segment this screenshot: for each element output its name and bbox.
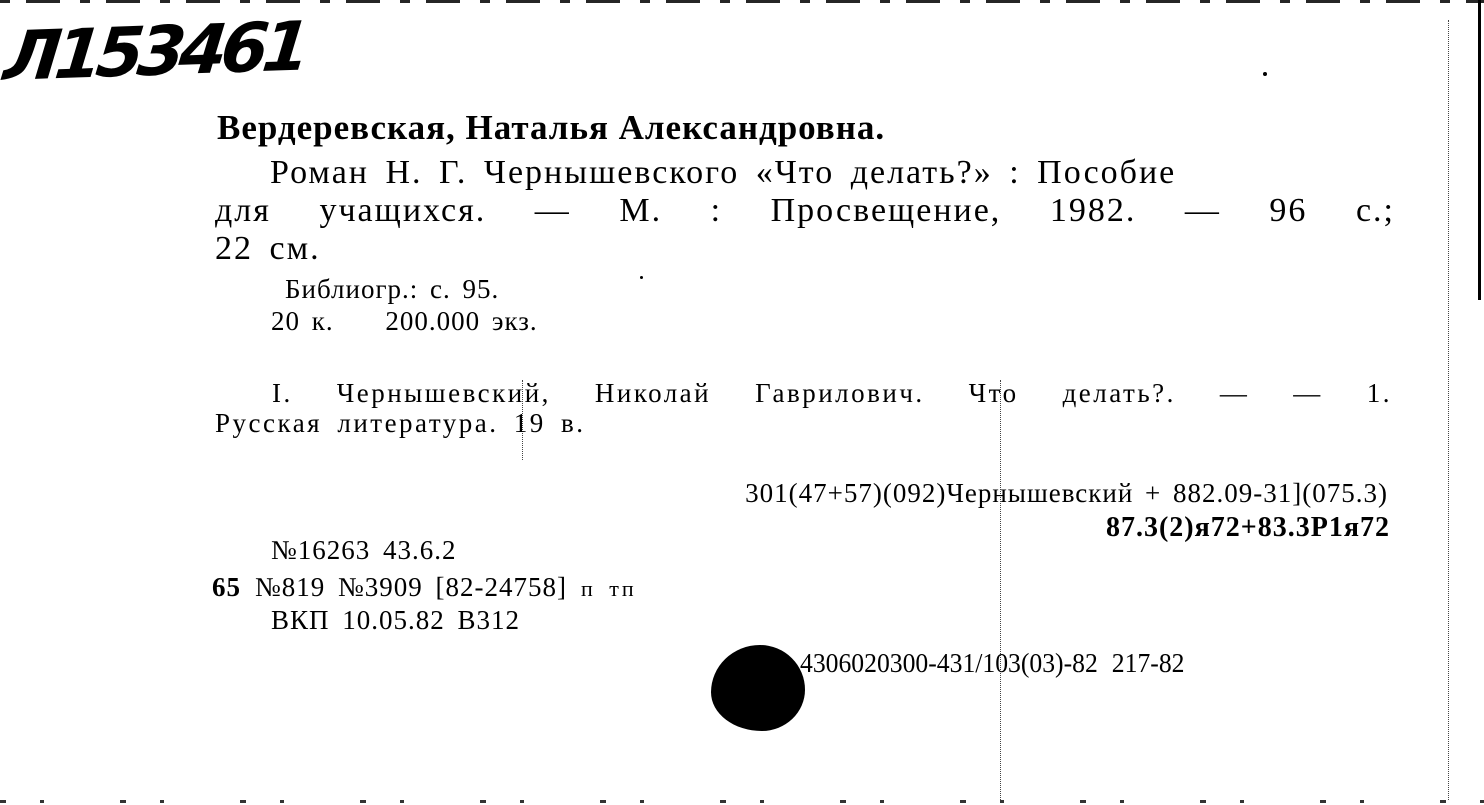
fold-line-middle bbox=[1000, 380, 1001, 800]
price-line: 20 к. 200.000 экз. bbox=[271, 306, 538, 337]
punch-hole bbox=[711, 645, 805, 731]
print-run: 200.000 экз. bbox=[385, 306, 537, 336]
publisher-code: 4306020300-431/103(03)-82 217-82 bbox=[800, 648, 1184, 679]
scan-edge-right bbox=[1478, 0, 1481, 300]
title-line-1: Роман Н. Г. Чернышевского «Что делать?» … bbox=[270, 154, 1176, 192]
scan-edge-bottom bbox=[0, 800, 1484, 803]
speck bbox=[1263, 72, 1267, 76]
registration-line-2: 65№819 №3909 [82-24758]п тп bbox=[212, 572, 637, 603]
catalog-card: Л153461 Вердеревская, Наталья Александро… bbox=[0, 0, 1484, 805]
bibliography-note: Библиогр.: с. 95. bbox=[285, 274, 499, 305]
registration-code: 65 bbox=[212, 572, 241, 602]
scan-edge-top bbox=[0, 0, 1484, 3]
subject-heading-line-1: I. Чернышевский, Николай Гаврилович. Что… bbox=[272, 378, 1392, 409]
udc-classification: 301(47+57)(092)Чернышевский + 882.09-31]… bbox=[745, 478, 1388, 509]
registration-line-1: №16263 43.6.2 bbox=[271, 535, 457, 566]
speck bbox=[640, 276, 643, 279]
price: 20 к. bbox=[271, 306, 334, 336]
registration-line-3: ВКП 10.05.82 В312 bbox=[271, 605, 520, 636]
author-heading: Вердеревская, Наталья Александровна. bbox=[217, 108, 885, 148]
bbk-classification: 87.3(2)я72+83.3Р1я72 bbox=[1106, 512, 1390, 544]
registration-numbers: №819 №3909 [82-24758] bbox=[255, 572, 567, 602]
registration-marks: п тп bbox=[581, 576, 637, 601]
title-line-3: 22 см. bbox=[215, 230, 321, 268]
handwritten-inventory-number: Л153461 bbox=[1, 14, 308, 92]
subject-heading-line-2: Русская литература. 19 в. bbox=[215, 408, 586, 439]
title-line-2: для учащихся. — М. : Просвещение, 1982. … bbox=[215, 192, 1395, 230]
fold-line-right bbox=[1448, 20, 1449, 800]
